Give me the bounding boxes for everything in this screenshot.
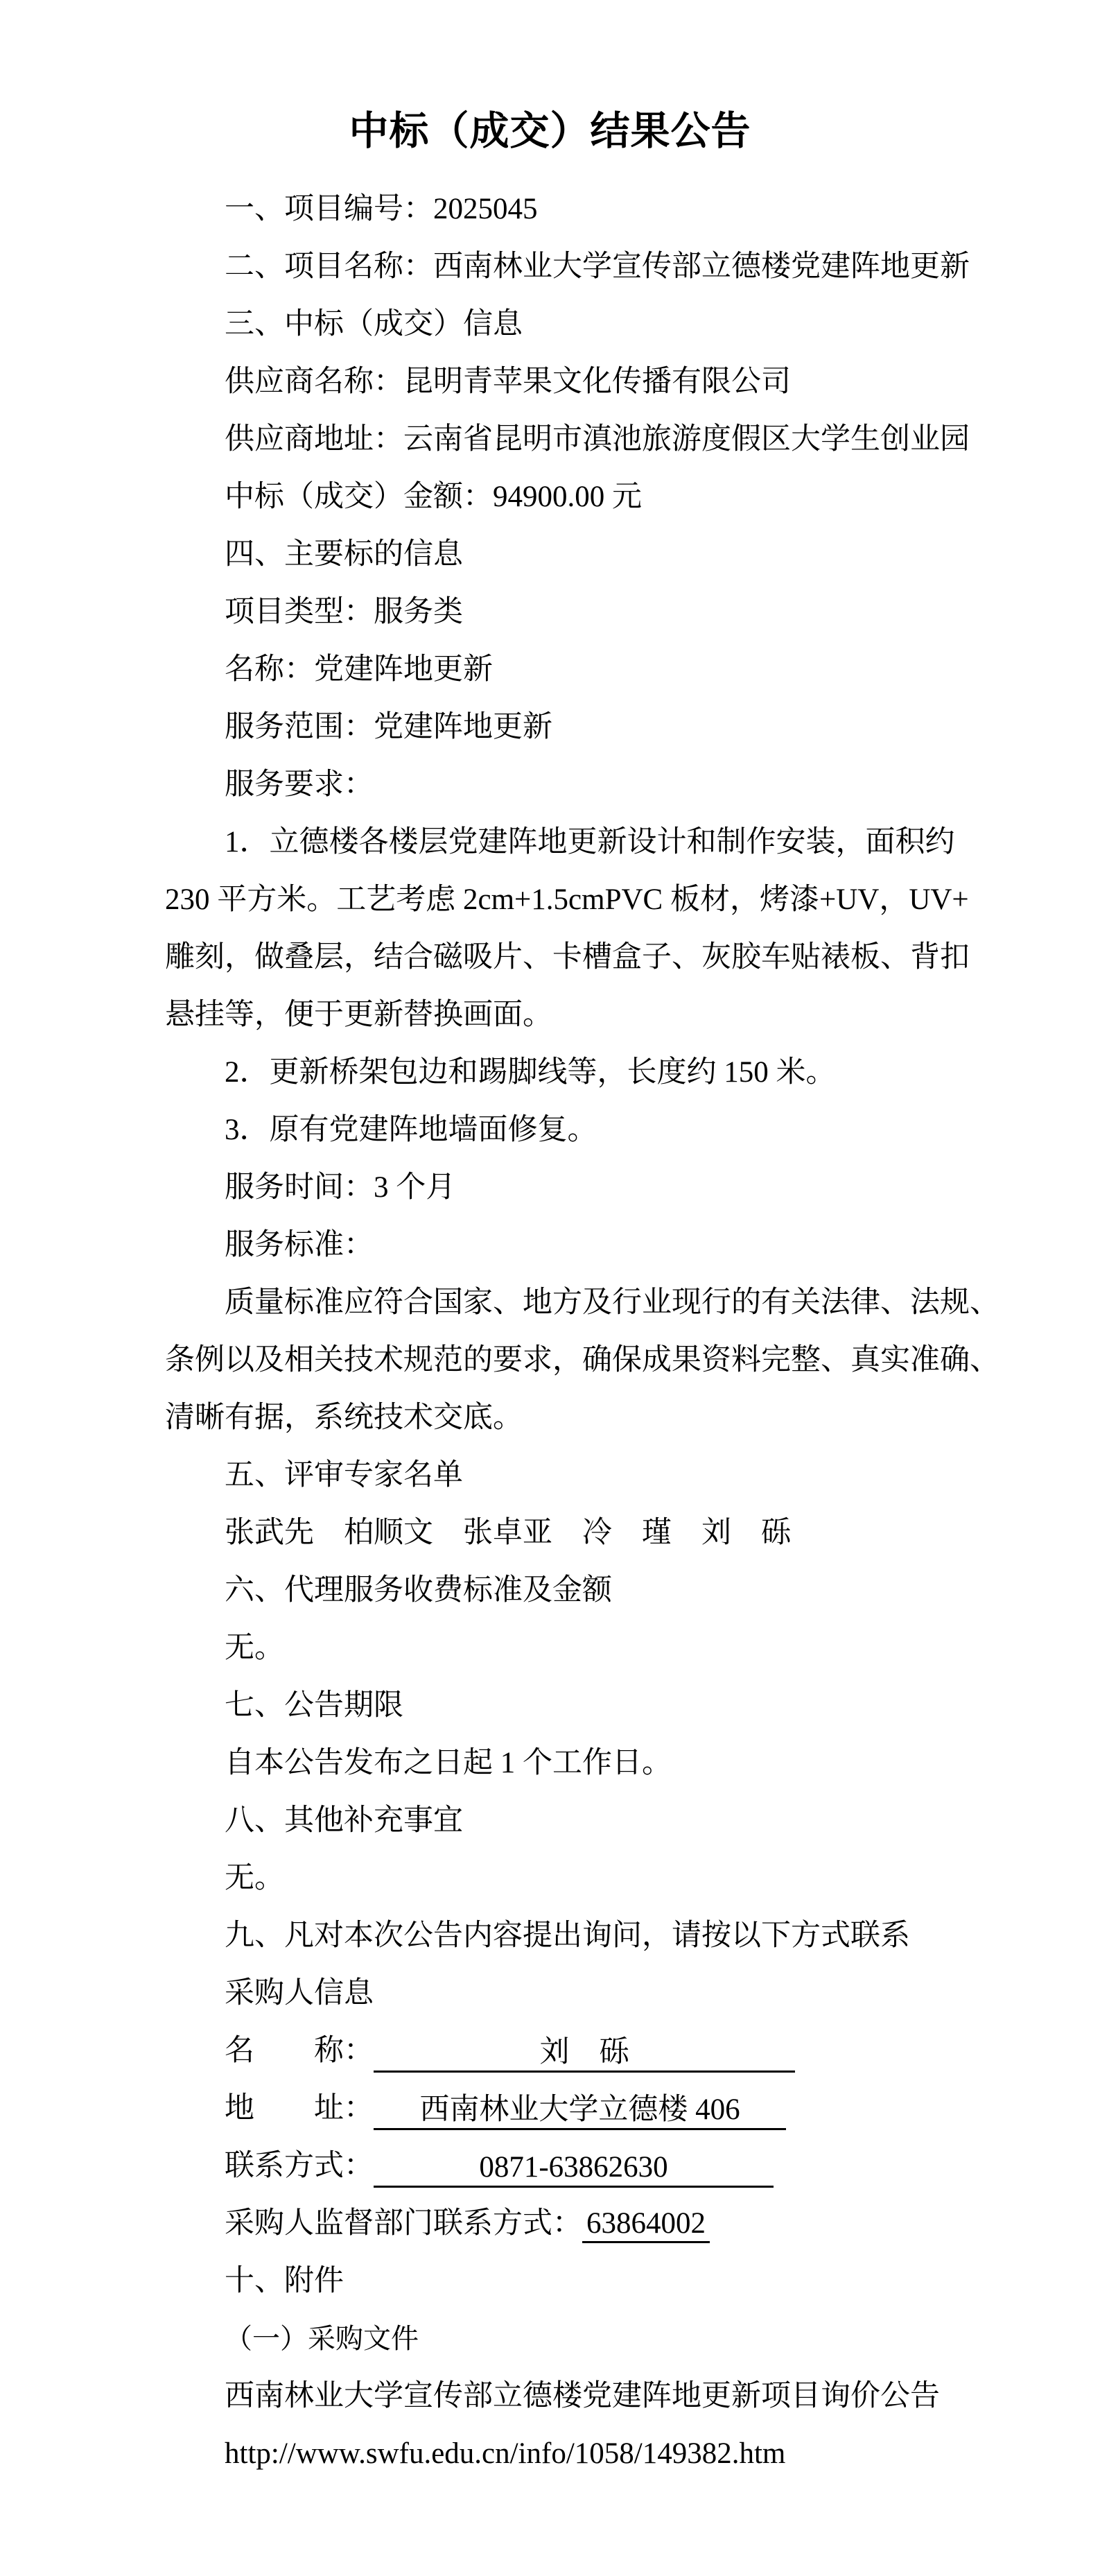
text-line: 三、中标（成交）信息 — [165, 295, 976, 353]
text-line: 雕刻，做叠层，结合磁吸片、卡槽盒子、灰胶车贴裱板、背扣 — [165, 928, 976, 986]
text-line: 四、主要标的信息 — [165, 526, 976, 583]
text-line: 八、其他补充事宜 — [165, 1792, 976, 1849]
text-line: 服务要求： — [165, 756, 976, 813]
text-line: 五、评审专家名单 — [165, 1446, 976, 1504]
text-line: http://www.swfu.edu.cn/info/1058/149382.… — [165, 2425, 976, 2482]
supervision-contact-row: 采购人监督部门联系方式：63864002 — [165, 2195, 976, 2252]
purchaser-address-row: 地 址：西南林业大学立德楼 406 — [165, 2080, 976, 2137]
text-line: 张武先 柏顺文 张卓亚 冷 瑾 刘 砾 — [165, 1504, 976, 1562]
text-line: 自本公告发布之日起 1 个工作日。 — [165, 1734, 976, 1792]
text-line: 西南林业大学宣传部立德楼党建阵地更新项目询价公告 — [165, 2367, 976, 2425]
text-line: 中标（成交）金额：94900.00 元 — [165, 468, 976, 526]
field-underlined-value: 63864002 — [582, 2207, 710, 2243]
document-title: 中标（成交）结果公告 — [0, 0, 1100, 162]
text-line: 供应商地址：云南省昆明市滇池旅游度假区大学生创业园 — [165, 410, 976, 468]
text-line: 服务时间：3 个月 — [165, 1159, 976, 1216]
text-line: 十、附件 — [165, 2252, 976, 2310]
text-line: 条例以及相关技术规范的要求，确保成果资料完整、真实准确、 — [165, 1331, 976, 1389]
text-line: 二、项目名称：西南林业大学宣传部立德楼党建阵地更新 — [165, 238, 976, 295]
text-line: 悬挂等，便于更新替换画面。 — [165, 986, 976, 1044]
purchaser-name-row: 名 称：刘 砾 — [165, 2022, 976, 2080]
text-line: 无。 — [165, 1849, 976, 1907]
document-page: 中标（成交）结果公告 一、项目编号：2025045二、项目名称：西南林业大学宣传… — [0, 0, 1100, 2576]
text-line: 六、代理服务收费标准及金额 — [165, 1562, 976, 1619]
text-line: 质量标准应符合国家、地方及行业现行的有关法律、法规、 — [165, 1274, 976, 1331]
field-underlined-value: 西南林业大学立德楼 406 — [374, 2091, 786, 2130]
text-line: 230 平方米。工艺考虑 2cm+1.5cmPVC 板材，烤漆+UV，UV+ — [165, 871, 976, 928]
text-line: 项目类型：服务类 — [165, 583, 976, 641]
field-label: 地 址： — [225, 2092, 374, 2125]
text-line: 名称：党建阵地更新 — [165, 641, 976, 698]
text-line: 采购人信息 — [165, 1964, 976, 2022]
field-label: 联系方式： — [225, 2150, 374, 2182]
text-line: 1．立德楼各楼层党建阵地更新设计和制作安装，面积约 — [165, 813, 976, 871]
text-line: 九、凡对本次公告内容提出询问，请按以下方式联系 — [165, 1907, 976, 1964]
text-line: 清晰有据，系统技术交底。 — [165, 1389, 976, 1446]
text-line: 无。 — [165, 1619, 976, 1677]
text-line: （一）采购文件 — [165, 2310, 976, 2367]
text-line: 七、公告期限 — [165, 1677, 976, 1734]
field-label: 采购人监督部门联系方式： — [225, 2207, 582, 2240]
field-label: 名 称： — [225, 2034, 374, 2067]
text-line: 服务标准： — [165, 1216, 976, 1274]
document-body: 一、项目编号：2025045二、项目名称：西南林业大学宣传部立德楼党建阵地更新三… — [165, 180, 976, 2482]
purchaser-contact-row: 联系方式：0871-63862630 — [165, 2137, 976, 2195]
text-line: 3．原有党建阵地墙面修复。 — [165, 1101, 976, 1159]
text-line: 一、项目编号：2025045 — [165, 180, 976, 238]
text-line: 供应商名称：昆明青苹果文化传播有限公司 — [165, 353, 976, 410]
field-underlined-value: 0871-63862630 — [374, 2149, 774, 2188]
text-line: 服务范围：党建阵地更新 — [165, 698, 976, 756]
field-underlined-value: 刘 砾 — [374, 2034, 795, 2073]
text-line: 2．更新桥架包边和踢脚线等，长度约 150 米。 — [165, 1044, 976, 1101]
